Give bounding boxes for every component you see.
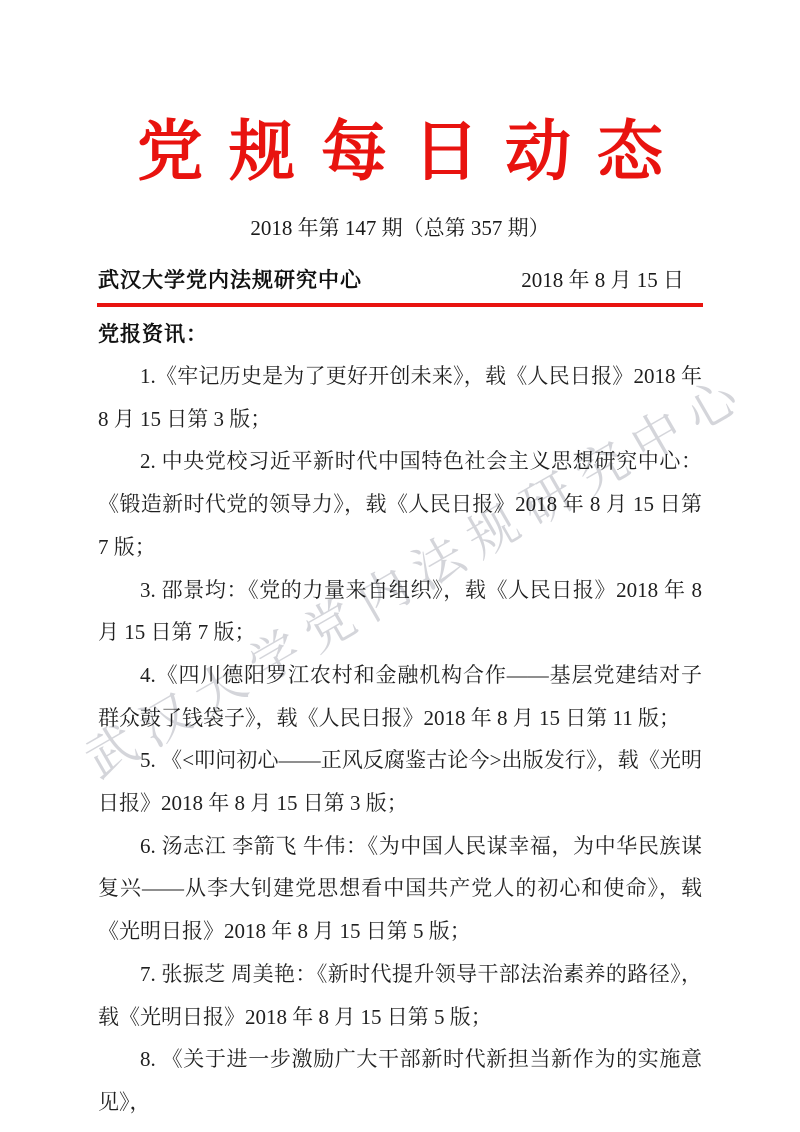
page-content: 党规每日动态 2018 年第 147 期（总第 357 期） 武汉大学党内法规研… xyxy=(0,116,800,1124)
issue-date: 2018 年 8 月 15 日 xyxy=(521,264,702,294)
news-item: 4.《四川德阳罗江农村和金融机构合作——基层党建结对子 群众鼓了钱袋子》，载《人… xyxy=(98,654,702,739)
news-item: 3. 邵景均：《党的力量来自组织》，载《人民日报》2018 年 8 月 15 日… xyxy=(98,569,702,654)
header-divider-rule xyxy=(97,303,703,307)
news-item: 8. 《关于进一步激励广大干部新时代新担当新作为的实施意见》， xyxy=(98,1038,702,1123)
news-item: 2. 中央党校习近平新时代中国特色社会主义思想研究中心：《锻造新时代党的领导力》… xyxy=(98,440,702,568)
news-item: 6. 汤志江 李箭飞 牛伟：《为中国人民谋幸福，为中华民族谋复兴——从李大钊建党… xyxy=(98,825,702,953)
document-page: 武汉大学党内法规研究中心 党规每日动态 2018 年第 147 期（总第 357… xyxy=(0,0,800,1132)
issue-number-line: 2018 年第 147 期（总第 357 期） xyxy=(0,216,800,240)
section-heading: 党报资讯： xyxy=(98,315,702,355)
news-item: 1.《牢记历史是为了更好开创未来》，载《人民日报》2018 年 8 月 15 日… xyxy=(98,355,702,440)
page-title: 党规每日动态 xyxy=(0,116,800,190)
masthead-row: 武汉大学党内法规研究中心 2018 年 8 月 15 日 xyxy=(98,264,702,294)
publisher-name: 武汉大学党内法规研究中心 xyxy=(98,264,362,294)
body-block: 党报资讯： 1.《牢记历史是为了更好开创未来》，载《人民日报》2018 年 8 … xyxy=(98,315,702,1124)
news-item: 5. 《<叩问初心——正风反腐鉴古论今>出版发行》，载《光明日报》2018 年 … xyxy=(98,739,702,824)
news-item: 7. 张振芝 周美艳：《新时代提升领导干部法治素养的路径》，载《光明日报》201… xyxy=(98,953,702,1038)
